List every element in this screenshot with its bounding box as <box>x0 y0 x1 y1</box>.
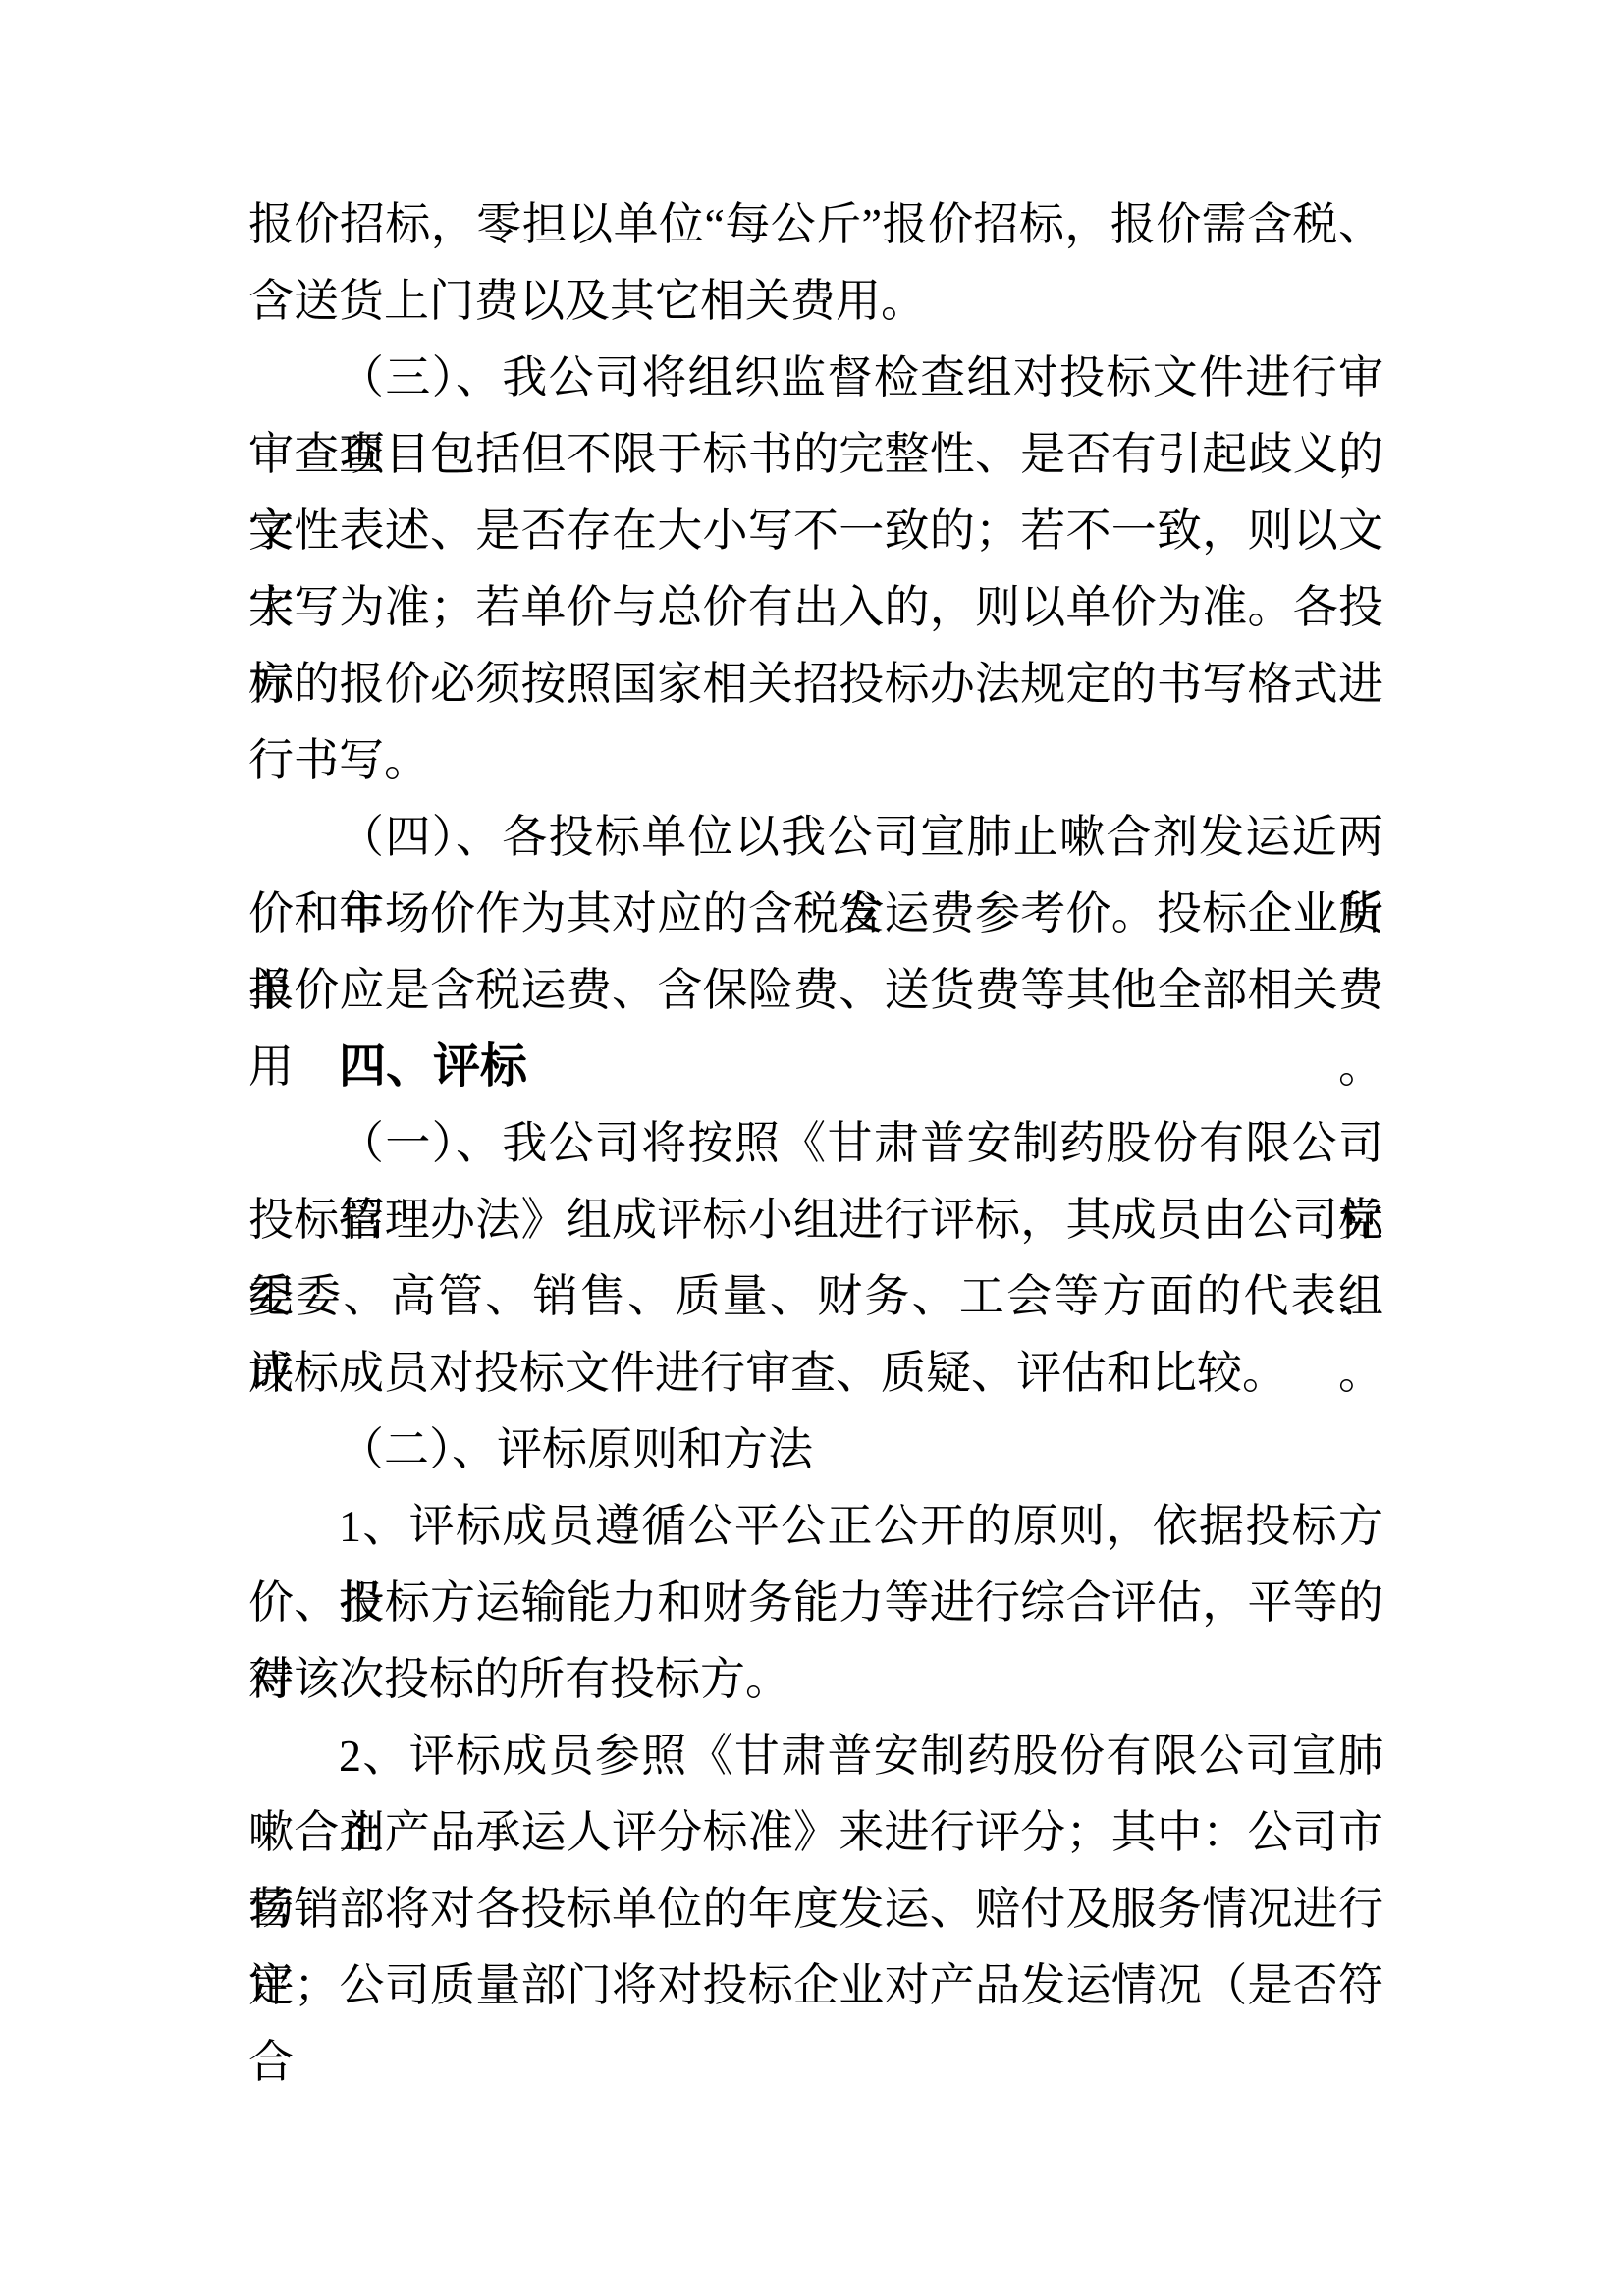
text-line: 1、评标成员遵循公平公正公开的原则，依据投标方报 <box>248 1488 1383 1565</box>
text-line: 待该次投标的所有投标方。 <box>248 1641 1383 1718</box>
text-line: 字性表述、是否存在大小写不一致的；若不一致，则以文字 <box>248 493 1383 569</box>
text-line: 大写为准；若单价与总价有出入的，则以单价为准。各投标 <box>248 569 1383 646</box>
text-block: 报价招标，零担以单位“每公斤”报价招标，报价需含税、 含送货上门费以及其它相关费… <box>248 187 1383 2024</box>
text-line: 行书写。 <box>248 722 1383 799</box>
text-line: 审查项目包括但不限于标书的完整性、是否有引起歧义的文 <box>248 416 1383 493</box>
text-line: （三）、我公司将组织监督检查组对投标文件进行审查， <box>248 340 1383 416</box>
text-line: （二）、评标原则和方法 <box>248 1412 1383 1488</box>
text-line: 嗽合剂产品承运人评分标准》来进行评分；其中：公司市场 <box>248 1794 1383 1871</box>
text-line: 价和市场价作为其对应的含税含运费参考价。投标企业所报 <box>248 876 1383 952</box>
document-page: 报价招标，零担以单位“每公斤”报价招标，报价需含税、 含送货上门费以及其它相关费… <box>0 0 1624 2296</box>
text-line: （四）、各投标单位以我公司宣肺止嗽合剂发运近两年发货 <box>248 799 1383 876</box>
text-line: 评标成员对投标文件进行审查、质疑、评估和比较。 <box>248 1335 1383 1412</box>
text-line: 纪委、高管、销售、质量、财务、工会等方面的代表组成。 <box>248 1258 1383 1335</box>
text-line: 方的报价必须按照国家相关招投标办法规定的书写格式进 <box>248 646 1383 722</box>
text-line: 2、评标成员参照《甘肃普安制药股份有限公司宣肺止 <box>248 1718 1383 1794</box>
text-line: 报价招标，零担以单位“每公斤”报价招标，报价需含税、 <box>248 187 1383 263</box>
text-line: 投标管理办法》组成评标小组进行评标，其成员由公司党委、 <box>248 1182 1383 1258</box>
text-line: （一）、我公司将按照《甘肃普安制药股份有限公司招标 <box>248 1105 1383 1182</box>
text-line: 价、投标方运输能力和财务能力等进行综合评估，平等的对 <box>248 1565 1383 1641</box>
text-line: 营销部将对各投标单位的年度发运、赔付及服务情况进行评 <box>248 1871 1383 1948</box>
text-line: 定；公司质量部门将对投标企业对产品发运情况（是否符合 <box>248 1948 1383 2024</box>
text-line: 单价应是含税运费、含保险费、送货费等其他全部相关费用。 <box>248 952 1383 1029</box>
text-line: 含送货上门费以及其它相关费用。 <box>248 263 1383 340</box>
